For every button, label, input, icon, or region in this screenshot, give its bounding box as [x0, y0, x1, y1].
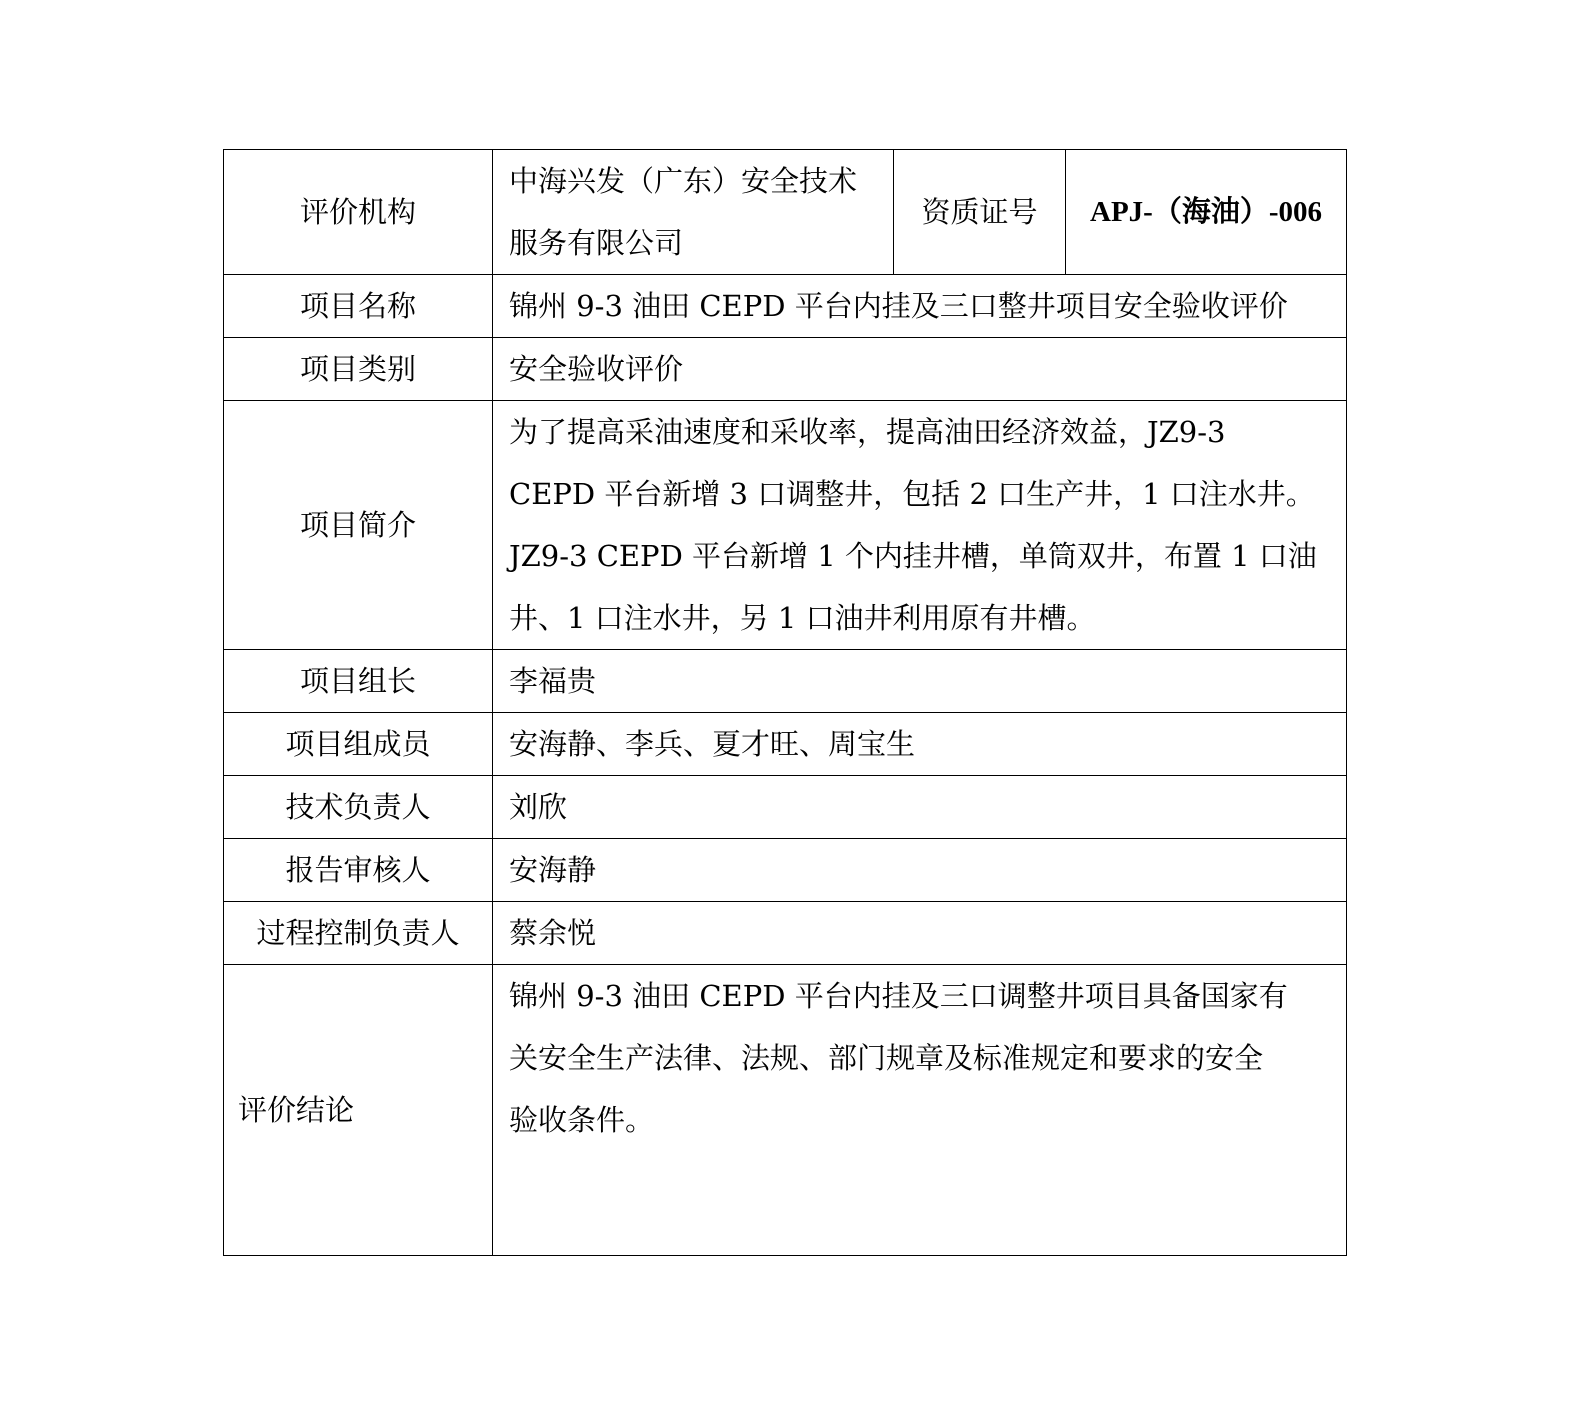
org-line-1: 中海兴发（广东）安全技术 [509, 150, 881, 212]
label-report-reviewer: 报告审核人 [224, 839, 493, 902]
conclusion-line: 锦州 9-3 油田 CEPD 平台内挂及三口调整井项目具备国家有 [509, 965, 1334, 1027]
summary-line: 为了提高采油速度和采收率，提高油田经济效益，JZ9-3 [509, 401, 1334, 463]
value-process-control-lead: 蔡余悦 [493, 902, 1347, 965]
value-project-category: 安全验收评价 [493, 338, 1347, 401]
row-team-members: 项目组成员 安海静、李兵、夏才旺、周宝生 [224, 713, 1347, 776]
row-technical-lead: 技术负责人 刘欣 [224, 776, 1347, 839]
summary-line: CEPD 平台新增 3 口调整井，包括 2 口生产井，1 口注水井。 [509, 463, 1334, 525]
row-project-name: 项目名称 锦州 9-3 油田 CEPD 平台内挂及三口整井项目安全验收评价 [224, 275, 1347, 338]
value-team-members: 安海静、李兵、夏才旺、周宝生 [493, 713, 1347, 776]
label-project-category: 项目类别 [224, 338, 493, 401]
label-team-members: 项目组成员 [224, 713, 493, 776]
value-report-reviewer: 安海静 [493, 839, 1347, 902]
row-evaluation-conclusion: 评价结论 锦州 9-3 油田 CEPD 平台内挂及三口调整井项目具备国家有 关安… [224, 965, 1347, 1256]
row-team-leader: 项目组长 李福贵 [224, 650, 1347, 713]
label-project-summary: 项目简介 [224, 401, 493, 650]
value-technical-lead: 刘欣 [493, 776, 1347, 839]
row-evaluation-org: 评价机构 中海兴发（广东）安全技术 服务有限公司 资质证号 APJ-（海油）-0… [224, 150, 1347, 275]
value-cert-number: APJ-（海油）-006 [1066, 150, 1347, 275]
label-team-leader: 项目组长 [224, 650, 493, 713]
value-project-name: 锦州 9-3 油田 CEPD 平台内挂及三口整井项目安全验收评价 [493, 275, 1347, 338]
row-process-control-lead: 过程控制负责人 蔡余悦 [224, 902, 1347, 965]
project-info-table: 评价机构 中海兴发（广东）安全技术 服务有限公司 资质证号 APJ-（海油）-0… [223, 149, 1347, 1256]
value-evaluation-conclusion: 锦州 9-3 油田 CEPD 平台内挂及三口调整井项目具备国家有 关安全生产法律… [493, 965, 1347, 1256]
row-report-reviewer: 报告审核人 安海静 [224, 839, 1347, 902]
label-evaluation-conclusion: 评价结论 [224, 965, 493, 1256]
value-team-leader: 李福贵 [493, 650, 1347, 713]
value-evaluation-org: 中海兴发（广东）安全技术 服务有限公司 [493, 150, 894, 275]
label-evaluation-org: 评价机构 [224, 150, 493, 275]
label-process-control-lead: 过程控制负责人 [224, 902, 493, 965]
conclusion-line: 验收条件。 [509, 1089, 1334, 1151]
row-project-category: 项目类别 安全验收评价 [224, 338, 1347, 401]
summary-line: JZ9-3 CEPD 平台新增 1 个内挂井槽，单筒双井，布置 1 口油 [509, 525, 1334, 587]
row-project-summary: 项目简介 为了提高采油速度和采收率，提高油田经济效益，JZ9-3 CEPD 平台… [224, 401, 1347, 650]
org-line-2: 服务有限公司 [509, 212, 881, 274]
conclusion-line: 关安全生产法律、法规、部门规章及标准规定和要求的安全 [509, 1027, 1334, 1089]
value-project-summary: 为了提高采油速度和采收率，提高油田经济效益，JZ9-3 CEPD 平台新增 3 … [493, 401, 1347, 650]
label-project-name: 项目名称 [224, 275, 493, 338]
label-cert-number: 资质证号 [894, 150, 1066, 275]
label-technical-lead: 技术负责人 [224, 776, 493, 839]
summary-line: 井、1 口注水井，另 1 口油井利用原有井槽。 [509, 587, 1334, 649]
